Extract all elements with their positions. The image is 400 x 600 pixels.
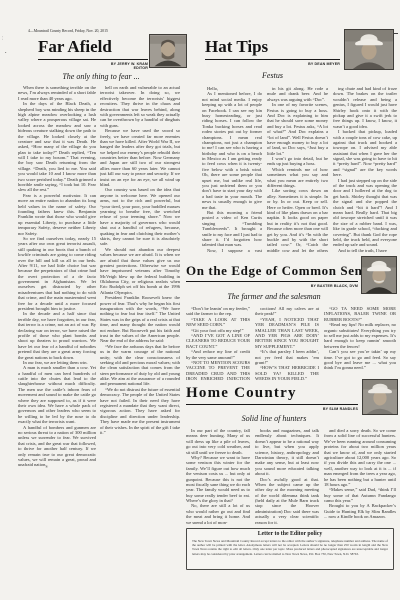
scan-mark: ¦: [2, 36, 3, 40]
hat-tips-column-2: in his git along. He rode a mule and dra…: [267, 86, 328, 254]
paragraph: A handful of bombers and gunmen are no s…: [18, 425, 96, 468]
home-country-column-2: books and magazines, and talk endlessly …: [255, 428, 319, 524]
paragraph: I had just stepped up on the side of the…: [333, 178, 397, 248]
man-portrait-icon: [150, 35, 186, 67]
divider: [186, 404, 358, 405]
hat-tips-byline: BY DEAN MEYER: [205, 62, 340, 67]
jerry-kram-headshot: [149, 34, 187, 68]
paragraph: Like sorting cows down an alley. Sometim…: [267, 188, 328, 254]
hat-tips-column-3: ing chute and had kind of froze down. Th…: [333, 86, 397, 254]
paragraph: As I mentioned before, I do not mind soc…: [202, 91, 262, 210]
paragraph: But this morning a friend posted a video…: [202, 210, 262, 248]
paragraph: hell on earth and vulnerable to an actua…: [100, 85, 180, 128]
far-afield-title: Far Afield: [38, 37, 112, 57]
page-header: 4—Mountrail County Record, Friday, Nov. …: [28, 29, 108, 33]
far-afield-byline: BY JERRY W. KRAM EDITOR: [38, 62, 148, 71]
paragraph: coctions! All my calves are at their pea…: [255, 306, 319, 317]
paragraph: “AND I’VE GOT A LINE OF CLEANERS TO REDU…: [186, 333, 250, 349]
common-sense-column-1: “Don’t be leanin’ on my feeder,” said th…: [186, 306, 250, 380]
paragraph: Which reminds me of how sometimes what y…: [267, 167, 328, 189]
paragraph: Fear is a powerful motivator. It can mov…: [18, 193, 96, 236]
paragraph: “YEAH, I NOTICED THAT YER DEADMAN’S PILE…: [255, 317, 319, 349]
paragraph: In one of my favorite scenes, Festus is …: [267, 102, 328, 156]
paragraph: “Makes sense,” said Dud, “think I’ll buy…: [324, 487, 396, 503]
letter-policy-body: The New Town News and Mountrail County R…: [192, 539, 388, 557]
newspaper-page: 4—Mountrail County Record, Friday, Nov. …: [0, 0, 400, 600]
far-afield-column-1: When there is something terrible on the …: [18, 85, 96, 556]
paragraph: In the days of the Black Death, a shephe…: [18, 101, 96, 193]
common-sense-column-3: “GO TA NEED SOME MORE INFLATIONS, BALER …: [324, 306, 396, 380]
home-country-column-3: and died a sorry death. So we come from …: [324, 428, 396, 524]
far-afield-subtitle: The only thing to fear ...: [18, 72, 184, 81]
hat-tips-column-1: Hello,As I mentioned before, I do not mi…: [202, 86, 262, 254]
letter-policy-box: Letter to the Editor policy The New Town…: [186, 528, 394, 570]
paragraph: President Franklin Roosevelt knew the po…: [100, 295, 180, 344]
home-country-title: Home Country: [186, 385, 297, 402]
paragraph: “And reduce my line of credit by the ver…: [186, 349, 250, 360]
hatted-man-portrait-icon: [363, 380, 397, 414]
common-sense-column-2: coctions! All my calves are at their pea…: [255, 306, 319, 380]
paragraph: “Don’t be leanin’ on my feeder,” said th…: [186, 306, 250, 317]
paragraph: In our part of the country, fall means d…: [186, 428, 250, 455]
scan-mark: •: [5, 51, 6, 55]
paragraph: And to tell the truth, I have: [333, 248, 397, 253]
common-sense-title: On the Edge of Common Sense: [186, 263, 374, 279]
paragraph: I backed that pickup, loaded with a coup…: [333, 129, 397, 178]
paragraph: ing chute and had kind of froze down. Th…: [333, 86, 397, 129]
paragraph: and died a sorry death. So we come from …: [324, 428, 396, 487]
home-country-byline: BY SLIM RANDLES: [186, 407, 358, 412]
paragraph: Why? Because we want to have some veniso…: [186, 455, 250, 504]
byline-role: EDITOR: [134, 66, 148, 70]
home-country-subtitle: Solid line of hunters: [186, 414, 362, 423]
paragraph: Our country was based on the idea that a…: [100, 187, 180, 246]
dean-meyer-headshot: [344, 29, 394, 70]
paragraph: Doc’s awfully good at that. When the sub…: [255, 477, 319, 524]
common-sense-byline: BY BAXTER BLACK, DVM: [186, 284, 358, 289]
paragraph: “We face the arduous days that lie befor…: [100, 344, 180, 387]
paragraph: I won’t go into detail, but he ends up j…: [267, 156, 328, 167]
paragraph: “TAKE A LOOK AT THIS NEW SEED CORN.”: [186, 317, 250, 328]
paragraph: “Read my lips! No milk replacer, no orga…: [324, 322, 396, 349]
far-afield-column-2: hell on earth and vulnerable to an actua…: [100, 85, 180, 522]
paragraph: in his git along. He rode a mule and dra…: [267, 86, 328, 102]
paragraph: So we find ourselves today, nearly 15 ye…: [18, 236, 96, 311]
cowboy-portrait-icon: [345, 30, 393, 69]
paragraph: “GO TA NEED SOME MORE INFLATIONS, BALER …: [324, 306, 396, 322]
home-country-column-1: In our part of the country, fall means d…: [186, 428, 250, 524]
paragraph: “HOW’S THAT HERBICIDE I SOLD YA? KILLED …: [255, 365, 319, 380]
letter-policy-title: Letter to the Editor policy: [192, 531, 388, 537]
paragraph: “We do not distrust the future of essent…: [100, 387, 180, 436]
divider: [186, 281, 358, 282]
paragraph: In the decade and a half since that terr…: [18, 311, 96, 360]
paragraph: We should not abandon our deepest values…: [100, 247, 180, 296]
baxter-black-headshot: [361, 256, 397, 294]
paragraph: No, there are still a lot of us who woul…: [186, 503, 250, 524]
hat-tips-title: Hat Tips: [205, 37, 268, 57]
paragraph: Because we have used the sword so freely…: [100, 128, 180, 187]
divider: [38, 59, 148, 60]
paragraph: When there is something terrible on the …: [18, 85, 96, 101]
slim-randles-headshot: [362, 379, 398, 415]
paragraph: Brought to you by A Backpacker’s Guide t…: [324, 503, 396, 519]
paragraph: “NOT TO MENTION SCOURS VACCINE TO PREVEN…: [186, 360, 250, 380]
common-sense-subtitle: The farmer and the salesman: [186, 292, 362, 301]
paragraph: Now, I suppose a vast majority of the pe…: [202, 248, 262, 254]
paragraph: “It’s that parsley I been addin’, not ye…: [255, 349, 319, 365]
cowboy-mustache-portrait-icon: [362, 257, 396, 293]
hat-tips-subtitle: Festus: [205, 71, 340, 80]
paragraph: Can’t you see you’re takin’ up my time. …: [324, 349, 396, 371]
byline-name: BY JERRY W. KRAM: [111, 62, 148, 66]
divider: [205, 59, 340, 60]
paragraph: A man is much smaller than a cow. Yet a …: [18, 365, 96, 424]
paragraph: books and magazines, and talk endlessly …: [255, 428, 319, 477]
